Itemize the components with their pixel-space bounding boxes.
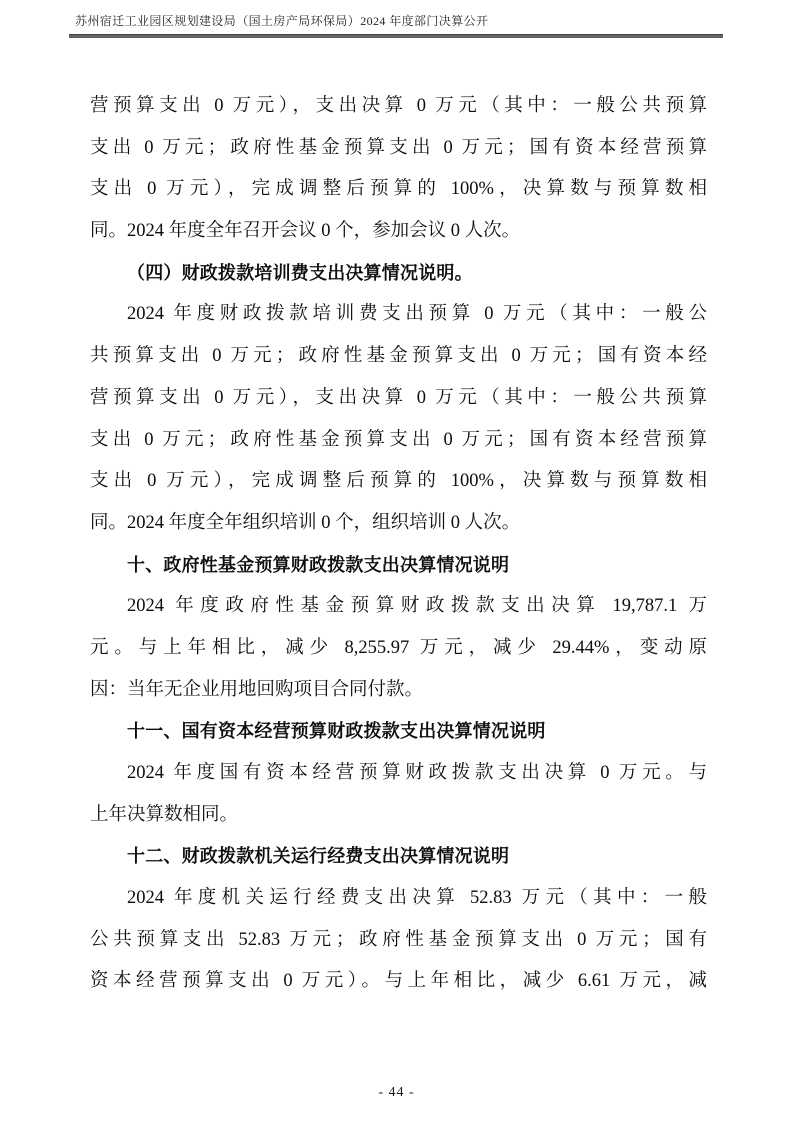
text-line: 因：当年无企业用地回购项目合同付款。 [90,670,707,712]
text-line: 上年决算数相同。 [90,795,707,837]
document-body: 营预算支出 0 万元），支出决算 0 万元（其中：一般公共预算支出 0 万元；政… [90,86,707,1003]
text-line: 资本经营预算支出 0 万元）。与上年相比，减少 6.61 万元，减 [90,961,707,1003]
text-line: 2024 年度政府性基金预算财政拨款支出决算 19,787.1 万 [90,586,707,628]
text-line: 公共预算支出 52.83 万元；政府性基金预算支出 0 万元；国有 [90,920,707,962]
text-line: 2024 年度国有资本经营预算财政拨款支出决算 0 万元。与 [90,753,707,795]
paragraph: 2024 年度机关运行经费支出决算 52.83 万元（其中：一般公共预算支出 5… [90,878,707,1003]
text-line: 支出 0 万元；政府性基金预算支出 0 万元；国有资本经营预算 [90,128,707,170]
text-line: 支出 0 万元），完成调整后预算的 100%，决算数与预算数相 [90,461,707,503]
text-line: 十、政府性基金预算财政拨款支出决算情况说明 [90,545,707,587]
text-line: 共预算支出 0 万元；政府性基金预算支出 0 万元；国有资本经 [90,336,707,378]
paragraph: 2024 年度财政拨款培训费支出预算 0 万元（其中：一般公共预算支出 0 万元… [90,294,707,544]
paragraph: 2024 年度国有资本经营预算财政拨款支出决算 0 万元。与上年决算数相同。 [90,753,707,836]
paragraph: 营预算支出 0 万元），支出决算 0 万元（其中：一般公共预算支出 0 万元；政… [90,86,707,253]
header-rule [69,34,723,38]
section-heading: 十一、国有资本经营预算财政拨款支出决算情况说明 [90,711,707,753]
text-line: 营预算支出 0 万元），支出决算 0 万元（其中：一般公共预算 [90,86,707,128]
text-line: 同。2024 年度全年召开会议 0 个，参加会议 0 人次。 [90,211,707,253]
paragraph: 2024 年度政府性基金预算财政拨款支出决算 19,787.1 万元。与上年相比… [90,586,707,711]
text-line: 营预算支出 0 万元），支出决算 0 万元（其中：一般公共预算 [90,378,707,420]
text-line: 元。与上年相比，减少 8,255.97 万元，减少 29.44%，变动原 [90,628,707,670]
document-header-title: 苏州宿迁工业园区规划建设局（国土房产局环保局）2024 年度部门决算公开 [75,12,488,29]
section-heading: （四）财政拨款培训费支出决算情况说明。 [90,253,707,295]
text-line: 2024 年度财政拨款培训费支出预算 0 万元（其中：一般公 [90,294,707,336]
text-line: 同。2024 年度全年组织培训 0 个，组织培训 0 人次。 [90,503,707,545]
text-line: 十一、国有资本经营预算财政拨款支出决算情况说明 [90,711,707,753]
text-line: 十二、财政拨款机关运行经费支出决算情况说明 [90,836,707,878]
document-page: 苏州宿迁工业园区规划建设局（国土房产局环保局）2024 年度部门决算公开 营预算… [0,0,793,1122]
section-heading: 十、政府性基金预算财政拨款支出决算情况说明 [90,545,707,587]
page-number: - 44 - [0,1085,793,1101]
text-line: 支出 0 万元），完成调整后预算的 100%，决算数与预算数相 [90,169,707,211]
text-line: 2024 年度机关运行经费支出决算 52.83 万元（其中：一般 [90,878,707,920]
section-heading: 十二、财政拨款机关运行经费支出决算情况说明 [90,836,707,878]
text-line: 支出 0 万元；政府性基金预算支出 0 万元；国有资本经营预算 [90,420,707,462]
text-line: （四）财政拨款培训费支出决算情况说明。 [90,253,707,295]
